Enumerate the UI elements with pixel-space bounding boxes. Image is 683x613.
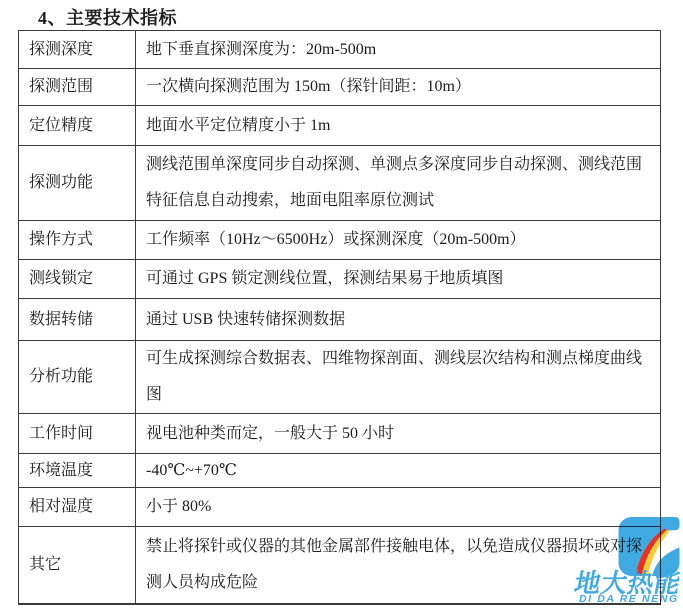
table-row: 数据转储 通过 USB 快速转储探测数据 [19,299,660,341]
spec-label-cell: 数据转储 [19,299,136,340]
spec-label-cell: 分析功能 [19,341,136,413]
section-title: 4、主要技术指标 [38,4,177,30]
spec-label-cell: 操作方式 [19,221,136,259]
table-row: 分析功能 可生成探测综合数据表、四维物探剖面、测线层次结构和测点梯度曲线图 [19,341,660,414]
spec-value-cell: 可生成探测综合数据表、四维物探剖面、测线层次结构和测点梯度曲线图 [136,341,660,413]
spec-value-cell: 视电池种类而定，一般大于 50 小时 [136,414,660,453]
spec-label-cell: 探测范围 [19,69,136,105]
table-row: 相对湿度 小于 80% [19,488,660,527]
document-page: 4、主要技术指标 探测深度 地下垂直探测深度为：20m-500m 探测范围 一次… [0,0,683,613]
spec-value-cell: -40℃~+70℃ [136,454,660,487]
spec-label-cell: 测线锁定 [19,260,136,298]
spec-label-cell: 相对湿度 [19,488,136,526]
table-row: 定位精度 地面水平定位精度小于 1m [19,106,660,146]
spec-value-cell: 可通过 GPS 锁定测线位置，探测结果易于地质填图 [136,260,660,298]
spec-label-cell: 探测功能 [19,146,136,220]
specs-table: 探测深度 地下垂直探测深度为：20m-500m 探测范围 一次横向探测范围为 1… [18,30,661,605]
spec-value-cell: 小于 80% [136,488,660,526]
spec-value-cell: 工作频率（10Hz～6500Hz）或探测深度（20m-500m） [136,221,660,259]
spec-value-cell: 测线范围单深度同步自动探测、单测点多深度同步自动探测、测线范围特征信息自动搜索，… [136,146,660,220]
spec-value-cell: 通过 USB 快速转储探测数据 [136,299,660,340]
spec-label-cell: 探测深度 [19,31,136,68]
spec-label-cell: 工作时间 [19,414,136,453]
table-row: 测线锁定 可通过 GPS 锁定测线位置，探测结果易于地质填图 [19,260,660,299]
table-row: 探测深度 地下垂直探测深度为：20m-500m [19,31,660,69]
spec-label-cell: 环境温度 [19,454,136,487]
table-row: 操作方式 工作频率（10Hz～6500Hz）或探测深度（20m-500m） [19,221,660,260]
spec-value-cell: 禁止将探针或仪器的其他金属部件接触电体，以免造成仪器损坏或对探测人员构成危险 [136,527,660,603]
spec-value-cell: 一次横向探测范围为 150m（探针间距：10m） [136,69,660,105]
spec-value-cell: 地下垂直探测深度为：20m-500m [136,31,660,68]
table-row: 工作时间 视电池种类而定，一般大于 50 小时 [19,414,660,454]
logo-corner-square [664,517,679,530]
table-row: 环境温度 -40℃~+70℃ [19,454,660,488]
table-row: 探测范围 一次横向探测范围为 150m（探针间距：10m） [19,69,660,106]
table-row: 其它 禁止将探针或仪器的其他金属部件接触电体，以免造成仪器损坏或对探测人员构成危… [19,527,660,603]
spec-label-cell: 其它 [19,527,136,603]
spec-value-cell: 地面水平定位精度小于 1m [136,106,660,145]
spec-label-cell: 定位精度 [19,106,136,145]
table-row: 探测功能 测线范围单深度同步自动探测、单测点多深度同步自动探测、测线范围特征信息… [19,146,660,221]
